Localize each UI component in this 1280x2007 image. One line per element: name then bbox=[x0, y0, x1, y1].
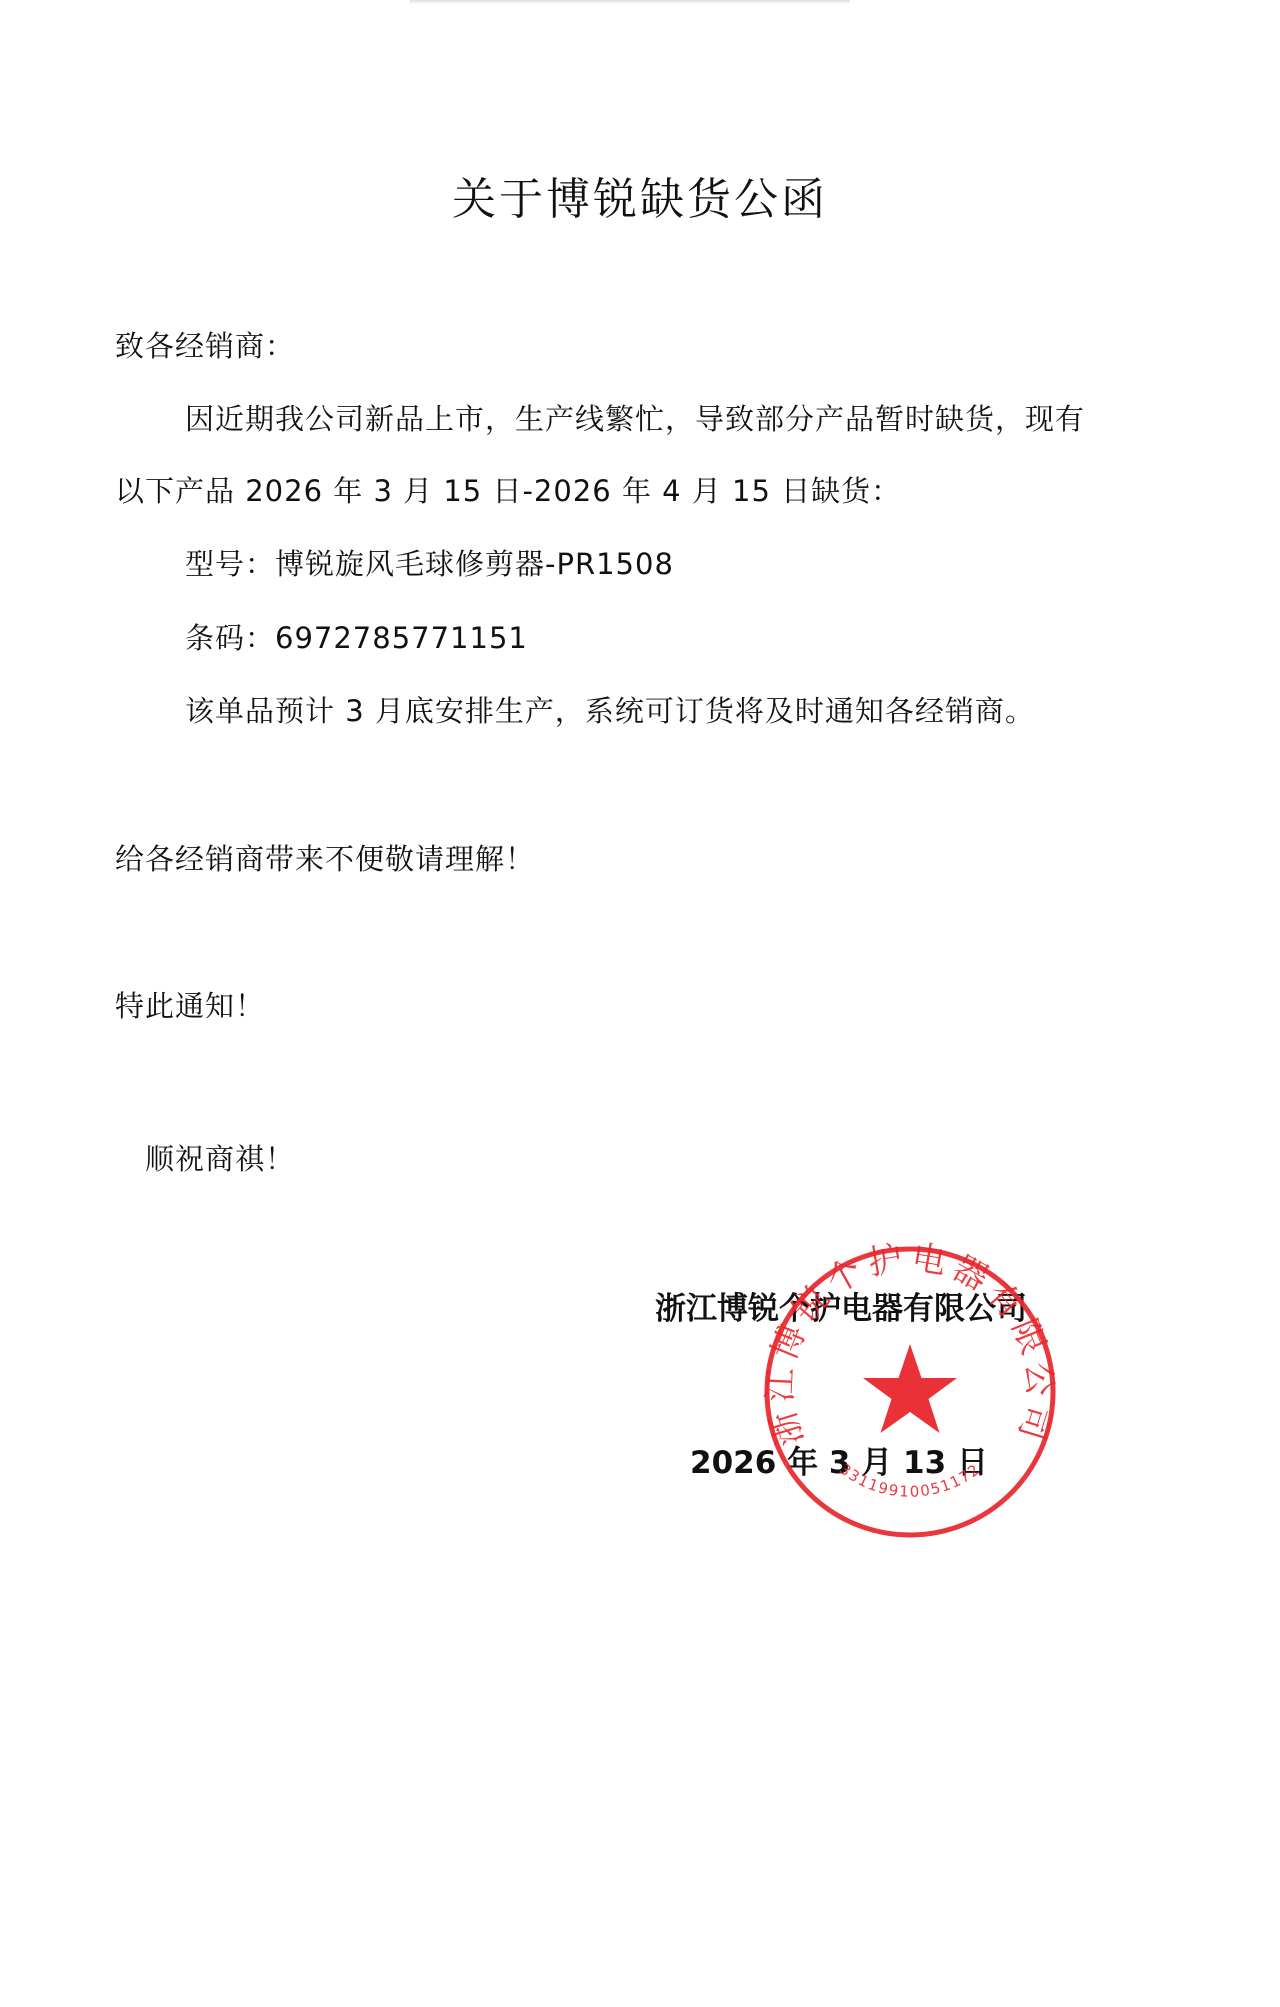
schedule-line: 该单品预计 3 月底安排生产，系统可订货将及时通知各经销商。 bbox=[185, 691, 1035, 731]
scan-edge bbox=[410, 0, 850, 4]
company-seal: 浙江博锐个护电器有限公司 33119910051172 bbox=[760, 1242, 1060, 1542]
notice-line: 特此通知！ bbox=[115, 986, 265, 1026]
body-paragraph-line-1: 因近期我公司新品上市，生产线繁忙，导致部分产品暂时缺货，现有 bbox=[185, 399, 1085, 439]
seal-ring-text: 浙江博锐个护电器有限公司 bbox=[760, 1242, 1059, 1450]
page-title: 关于博锐缺货公函 bbox=[0, 172, 1280, 228]
star-icon bbox=[863, 1344, 957, 1433]
closing-line: 顺祝商祺！ bbox=[145, 1139, 295, 1179]
barcode-line: 条码：6972785771151 bbox=[185, 618, 528, 658]
apology-line: 给各经销商带来不便敬请理解！ bbox=[115, 839, 535, 879]
model-line: 型号：博锐旋风毛球修剪器-PR1508 bbox=[185, 544, 674, 584]
svg-text:浙江博锐个护电器有限公司: 浙江博锐个护电器有限公司 bbox=[760, 1242, 1059, 1450]
salutation: 致各经销商： bbox=[115, 326, 295, 366]
body-paragraph-line-2: 以下产品 2026 年 3 月 15 日-2026 年 4 月 15 日缺货： bbox=[115, 471, 901, 511]
signature-date: 2026 年 3 月 13 日 bbox=[690, 1442, 988, 1484]
signature-company: 浙江博锐个护电器有限公司 bbox=[655, 1288, 1027, 1330]
